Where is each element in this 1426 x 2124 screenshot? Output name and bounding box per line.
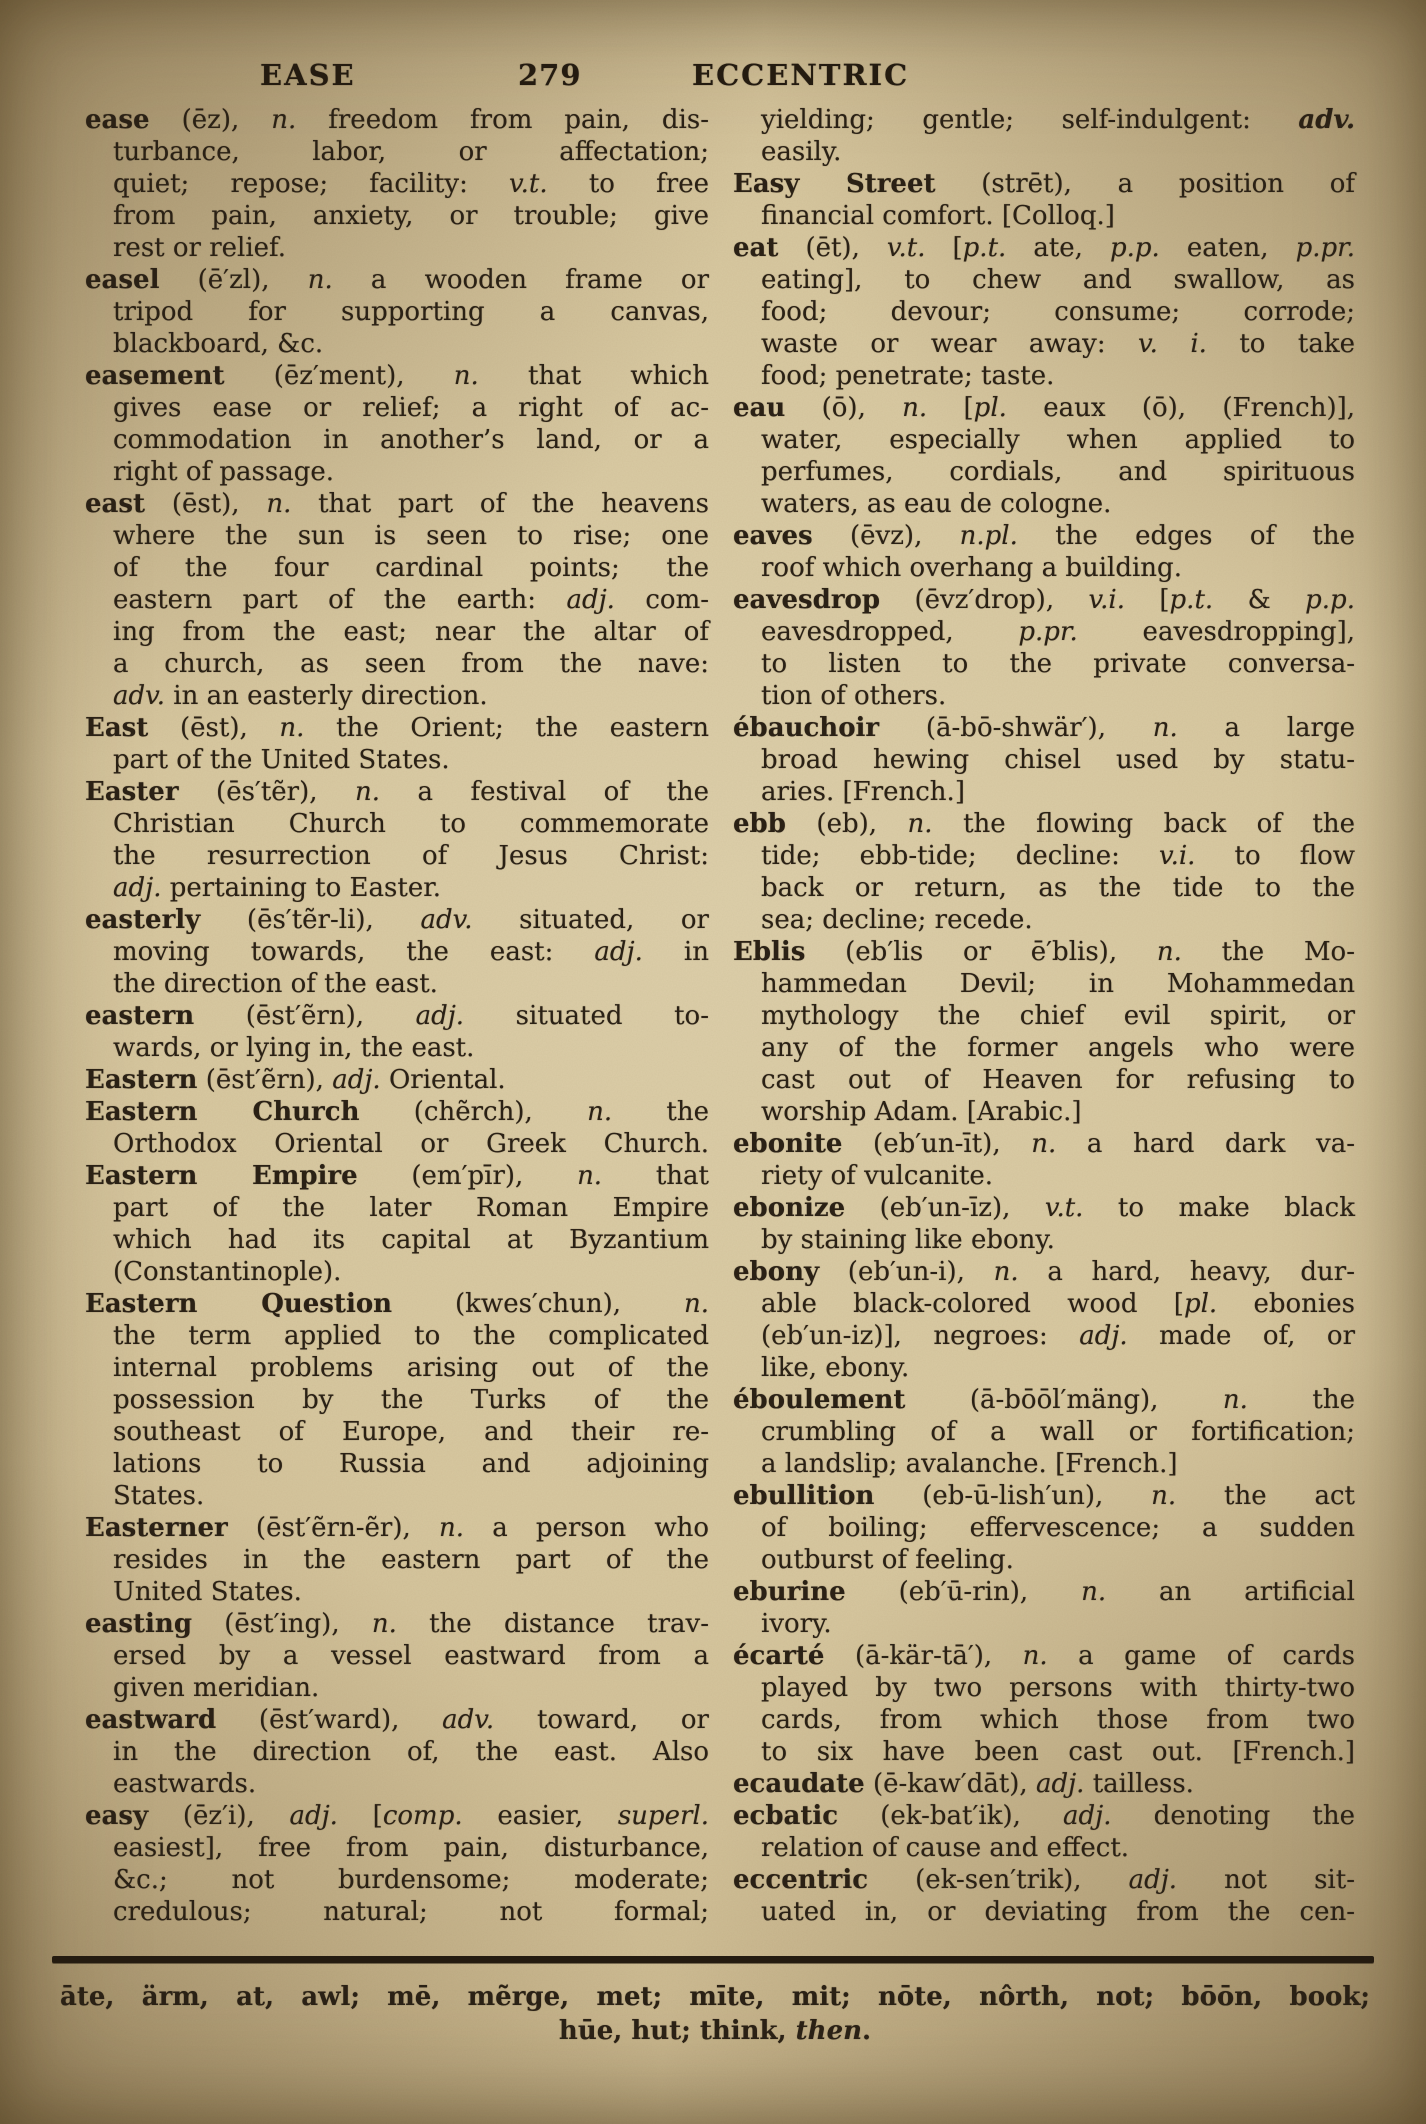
headword: ease — [85, 105, 150, 135]
entry-line: eat (ēt), v.t. [p.t. ate, p.p. eaten, p.… — [733, 232, 1355, 264]
entry-line: mythology the chief evil spirit, or — [733, 1000, 1355, 1032]
headword: Easterner — [85, 1513, 228, 1543]
entry-line: uated in, or deviating from the cen- — [733, 1896, 1355, 1928]
text-run: tailless. — [1084, 1769, 1194, 1799]
text-run: hūe, hut; think, — [559, 2016, 796, 2046]
text-run: in an easterly direction. — [165, 681, 488, 711]
text-run: waters, as eau de cologne. — [761, 489, 1111, 519]
entry-line: easement (ēz′ment), n. that which — [85, 360, 709, 392]
column-right: yielding; gentle; self-indulgent: adv.ea… — [733, 104, 1355, 1928]
text-run: (eb), — [786, 809, 908, 839]
entry-line: food; penetrate; taste. — [733, 360, 1355, 392]
text-run: to flow — [1195, 841, 1355, 871]
text-run: lations to Russia and adjoining — [113, 1449, 709, 1479]
text-run: rest or relief. — [113, 233, 286, 263]
text-run: adj. — [566, 585, 614, 615]
column-left: ease (ēz), n. freedom from pain, dis-tur… — [85, 104, 709, 1928]
headword: easel — [85, 265, 159, 295]
entry-line: food; devour; consume; corrode; — [733, 296, 1355, 328]
text-run: blackboard, &c. — [113, 329, 323, 359]
entry-line: turbance, labor, or affectation; — [85, 136, 709, 168]
text-run: made of, or — [1128, 1321, 1355, 1351]
headword: East — [85, 713, 148, 743]
text-run: (Constantinople). — [113, 1257, 341, 1287]
text-run: adv. — [420, 905, 472, 935]
entry-line: relation of cause and effect. — [733, 1832, 1355, 1864]
entry-line: crumbling of a wall or fortification; — [733, 1416, 1355, 1448]
entry-line: water, especially when applied to — [733, 424, 1355, 456]
entry-line: tripod for supporting a canvas, — [85, 296, 709, 328]
text-run: broad hewing chisel used by statu- — [761, 745, 1355, 775]
headword: easterly — [85, 905, 200, 935]
entry-line: Eastern Church (chẽrch), n. the — [85, 1096, 709, 1128]
text-run: n. — [1081, 1577, 1106, 1607]
text-run: n. — [1031, 1129, 1056, 1159]
text-run: (ēz′ment), — [225, 361, 454, 391]
text-run: tion of others. — [761, 681, 946, 711]
text-run: n. — [454, 361, 479, 391]
entry-line: eavesdrop (ēvz′drop), v.i. [p.t. & p.p. — [733, 584, 1355, 616]
text-run: (ēt), — [778, 233, 886, 263]
entry-line: ebonize (eb′un-īz), v.t. to make black — [733, 1192, 1355, 1224]
entry-line: moving towards, the east: adj. in — [85, 936, 709, 968]
text-run: (ēst′ing), — [192, 1609, 372, 1639]
text-run: (ē-kaw′dāt), — [865, 1769, 1036, 1799]
headword: Eastern Church — [85, 1097, 359, 1127]
text-run: adj. — [1063, 1801, 1111, 1831]
entry-line: possession by the Turks of the — [85, 1384, 709, 1416]
text-run: v.t. — [1045, 1193, 1084, 1223]
entry-line: (Constantinople). — [85, 1256, 709, 1288]
headword: écarté — [733, 1641, 824, 1671]
text-run: given meridian. — [113, 1673, 319, 1703]
entry-line: internal problems arising out of the — [85, 1352, 709, 1384]
entry-line: Easy Street (strēt), a position of — [733, 168, 1355, 200]
entry-line: cards, from which those from two — [733, 1704, 1355, 1736]
text-run: adj. — [1129, 1865, 1177, 1895]
text-run: the Orient; the eastern — [304, 713, 709, 743]
entry-line: ease (ēz), n. freedom from pain, dis- — [85, 104, 709, 136]
entry-line: resides in the eastern part of the — [85, 1544, 709, 1576]
headword: ebony — [733, 1257, 819, 1287]
text-run: (ēst′ẽrn), — [194, 1001, 415, 1031]
text-run: to take — [1207, 329, 1355, 359]
text-run: n. — [994, 1257, 1019, 1287]
text-run: n.pl. — [960, 521, 1018, 551]
entry-line: eau (ō), n. [pl. eaux (ō), (French)], — [733, 392, 1355, 424]
headword: ébauchoir — [733, 713, 879, 743]
entry-line: ecbatic (ek-bat′ik), adj. denoting the — [733, 1800, 1355, 1832]
entry-line: part of the United States. — [85, 744, 709, 776]
text-run: yielding; gentle; self-indulgent: — [761, 105, 1298, 135]
text-run: (chẽrch), — [359, 1097, 587, 1127]
text-run: (ā-bō-shwär′), — [879, 713, 1153, 743]
text-run: ate, — [1006, 233, 1110, 263]
text-run: (strēt), a position of — [936, 169, 1355, 199]
text-run: southeast of Europe, and their re- — [113, 1417, 709, 1447]
entry-line: ebonite (eb′un-īt), n. a hard dark va- — [733, 1128, 1355, 1160]
text-run: (ēs′tẽr-li), — [200, 905, 420, 935]
text-run: āte, ärm, at, awl; mē, mẽrge, met; mīte,… — [60, 1982, 1370, 2012]
text-run: of boiling; effervescence; a sudden — [761, 1513, 1355, 1543]
text-run: (ēz), — [150, 105, 272, 135]
text-run: n. — [308, 265, 333, 295]
entry-line: East (ēst), n. the Orient; the eastern — [85, 712, 709, 744]
text-run: (ēst), — [148, 713, 279, 743]
text-run: the direction of the east. — [113, 969, 438, 999]
text-run: United States. — [113, 1577, 302, 1607]
headword: Eastern Empire — [85, 1161, 358, 1191]
text-run: to free — [548, 169, 709, 199]
entry-line: ebullition (eb-ū-lish′un), n. the act — [733, 1480, 1355, 1512]
text-run: (ēst′ẽrn), — [197, 1065, 332, 1095]
header-page-number: 279 — [518, 58, 582, 92]
text-run: commodation in another’s land, or a — [113, 425, 709, 455]
text-run: mythology the chief evil spirit, or — [761, 1001, 1355, 1031]
entry-line: like, ebony. — [733, 1352, 1355, 1384]
text-run: uated in, or deviating from the cen- — [761, 1897, 1355, 1927]
entry-line: Christian Church to commemorate — [85, 808, 709, 840]
text-run: Orthodox Oriental or Greek Church. — [113, 1129, 709, 1159]
headword: easy — [85, 1801, 148, 1831]
text-run: adj. — [332, 1065, 380, 1095]
entry-line: easy (ēz′i), adj. [comp. easier, superl. — [85, 1800, 709, 1832]
entry-line: aries. [French.] — [733, 776, 1355, 808]
text-run: pertaining to Easter. — [161, 873, 441, 903]
text-run: wards, or lying in, the east. — [113, 1033, 474, 1063]
text-run: eaux (ō), (French)], — [1007, 393, 1355, 423]
entry-line: the term applied to the complicated — [85, 1320, 709, 1352]
entry-line: éboulement (ā-bōōl′mäng), n. the — [733, 1384, 1355, 1416]
text-run: (ā-bōōl′mäng), — [905, 1385, 1223, 1415]
text-run: to make black — [1083, 1193, 1355, 1223]
entry-line: tide; ebb-tide; decline: v.i. to flow — [733, 840, 1355, 872]
headword: Easy Street — [733, 169, 936, 199]
text-run: a wooden frame or — [333, 265, 709, 295]
text-run: relation of cause and effect. — [761, 1833, 1129, 1863]
text-run: by staining like ebony. — [761, 1225, 1055, 1255]
headword: east — [85, 489, 145, 519]
text-run: freedom from pain, dis- — [296, 105, 709, 135]
text-run: v.t. — [887, 233, 926, 263]
text-run: n. — [577, 1161, 602, 1191]
entry-line: waters, as eau de cologne. — [733, 488, 1355, 520]
entry-line: Eastern Empire (em′pīr), n. that — [85, 1160, 709, 1192]
text-run: (ō), — [785, 393, 902, 423]
text-run: not sit- — [1177, 1865, 1355, 1895]
entry-line: from pain, anxiety, or trouble; give — [85, 200, 709, 232]
text-run: the flowing back of the — [933, 809, 1355, 839]
text-run: (ē′zl), — [159, 265, 307, 295]
entry-line: quiet; repose; facility: v.t. to free — [85, 168, 709, 200]
entry-line: where the sun is seen to rise; one — [85, 520, 709, 552]
entry-line: played by two persons with thirty-two — [733, 1672, 1355, 1704]
entry-line: adv. in an easterly direction. — [85, 680, 709, 712]
text-run: (eb′un-īz), — [845, 1193, 1045, 1223]
text-run: p.t. — [963, 233, 1007, 263]
text-run: Oriental. — [381, 1065, 506, 1095]
entry-line: able black-colored wood [pl. ebonies — [733, 1288, 1355, 1320]
text-run: the — [1248, 1385, 1355, 1415]
text-run: gives ease or relief; a right of ac- — [113, 393, 709, 423]
text-run: n. — [1157, 937, 1182, 967]
text-run: p.p. — [1110, 233, 1160, 263]
headword: easting — [85, 1609, 192, 1639]
text-run: (ēst′ward), — [216, 1705, 442, 1735]
text-run: adv. — [442, 1705, 494, 1735]
entry-line: lations to Russia and adjoining — [85, 1448, 709, 1480]
text-run: roof which overhang a building. — [761, 553, 1182, 583]
text-run: the — [612, 1097, 709, 1127]
entry-line: Eastern (ēst′ẽrn), adj. Oriental. — [85, 1064, 709, 1096]
text-run: turbance, labor, or affectation; — [113, 137, 709, 167]
text-run: easier, — [463, 1801, 618, 1831]
entry-line: ebb (eb), n. the flowing back of the — [733, 808, 1355, 840]
headword: ebullition — [733, 1481, 874, 1511]
text-run: riety of vulcanite. — [761, 1161, 993, 1191]
text-run: p.pr. — [1018, 617, 1077, 647]
text-run: denoting the — [1112, 1801, 1355, 1831]
entry-line: wards, or lying in, the east. — [85, 1032, 709, 1064]
headword: easement — [85, 361, 225, 391]
text-run: comp. — [383, 1801, 463, 1831]
entry-line: to six have been cast out. [French.] — [733, 1736, 1355, 1768]
entry-line: given meridian. — [85, 1672, 709, 1704]
text-run: n. — [355, 777, 380, 807]
text-run: adj. — [289, 1801, 337, 1831]
text-run: food; penetrate; taste. — [761, 361, 1054, 391]
text-run: worship Adam. [Arabic.] — [761, 1097, 1082, 1127]
entry-line: eburine (eb′ū-rin), n. an artificial — [733, 1576, 1355, 1608]
text-run: the edges of the — [1018, 521, 1355, 551]
text-run: n. — [266, 489, 291, 519]
text-run: n. — [1023, 1641, 1048, 1671]
entry-line: right of passage. — [85, 456, 709, 488]
headword: eavesdrop — [733, 585, 880, 615]
entry-line: rest or relief. — [85, 232, 709, 264]
entry-line: eating], to chew and swallow, as — [733, 264, 1355, 296]
text-run: p.p. — [1305, 585, 1355, 615]
text-run: adj. — [416, 1001, 464, 1031]
entry-line: of the four cardinal points; the — [85, 552, 709, 584]
headword: ebb — [733, 809, 786, 839]
text-run: cards, from which those from two — [761, 1705, 1355, 1735]
text-run: adj. — [1036, 1769, 1084, 1799]
text-run: n. — [908, 809, 933, 839]
text-run: financial comfort. [Colloq.] — [761, 201, 1115, 231]
text-run: eastwards. — [113, 1769, 256, 1799]
text-run: (ēs′tẽr), — [179, 777, 355, 807]
entry-line: easiest], free from pain, disturbance, — [85, 1832, 709, 1864]
entry-line: outburst of feeling. — [733, 1544, 1355, 1576]
entry-line: part of the later Roman Empire — [85, 1192, 709, 1224]
entry-line: ébauchoir (ā-bō-shwär′), n. a large — [733, 712, 1355, 744]
entry-line: a church, as seen from the nave: — [85, 648, 709, 680]
headword: Easter — [85, 777, 179, 807]
text-run: superl. — [618, 1801, 709, 1831]
entry-line: Orthodox Oriental or Greek Church. — [85, 1128, 709, 1160]
text-run: [ — [925, 233, 962, 263]
headword: ebonite — [733, 1129, 842, 1159]
entry-line: gives ease or relief; a right of ac- — [85, 392, 709, 424]
text-run: com- — [615, 585, 709, 615]
headword: eburine — [733, 1577, 846, 1607]
text-run: internal problems arising out of the — [113, 1353, 709, 1383]
text-run: n. — [684, 1289, 709, 1319]
dictionary-page-scan: { "page": { "header": { "left_word": "EA… — [0, 0, 1426, 2124]
entry-line: southeast of Europe, and their re- — [85, 1416, 709, 1448]
text-run: (eb′ū-rin), — [846, 1577, 1081, 1607]
text-run: a large — [1178, 713, 1355, 743]
footer-rule — [52, 1956, 1374, 1963]
text-run: eastern part of the earth: — [113, 585, 566, 615]
text-run: outburst of feeling. — [761, 1545, 1014, 1575]
text-run: n. — [279, 713, 304, 743]
text-run: & — [1213, 585, 1305, 615]
text-run: played by two persons with thirty-two — [761, 1673, 1355, 1703]
text-run: a hard dark va- — [1056, 1129, 1355, 1159]
text-run: n. — [1151, 1481, 1176, 1511]
text-run: aries. [French.] — [761, 777, 965, 807]
text-run: ebonies — [1217, 1289, 1355, 1319]
text-run: adj. — [594, 937, 642, 967]
headword: Eastern — [85, 1065, 197, 1095]
entry-line: credulous; natural; not formal; — [85, 1896, 709, 1928]
text-run: to listen to the private conversa- — [761, 649, 1355, 679]
text-run: the distance trav- — [397, 1609, 709, 1639]
headword: Eblis — [733, 937, 805, 967]
entry-line: easting (ēst′ing), n. the distance trav- — [85, 1608, 709, 1640]
text-run: a game of cards — [1048, 1641, 1355, 1671]
text-run: which had its capital at Byzantium — [113, 1225, 709, 1255]
text-run: adj. — [1079, 1321, 1127, 1351]
entry-line: easterly (ēs′tẽr-li), adv. situated, or — [85, 904, 709, 936]
headword: ecaudate — [733, 1769, 865, 1799]
text-run: of the four cardinal points; the — [113, 553, 709, 583]
text-run: possession by the Turks of the — [113, 1385, 709, 1415]
text-run: toward, or — [494, 1705, 709, 1735]
entry-line: easily. — [733, 136, 1355, 168]
text-run: a landslip; avalanche. [French.] — [761, 1449, 1178, 1479]
text-run: able black-colored wood [ — [761, 1289, 1184, 1319]
entry-line: to listen to the private conversa- — [733, 648, 1355, 680]
entry-line: by staining like ebony. — [733, 1224, 1355, 1256]
entry-line: eastward (ēst′ward), adv. toward, or — [85, 1704, 709, 1736]
text-run: in — [643, 937, 709, 967]
text-run: v.t. — [509, 169, 548, 199]
text-run: Christian Church to commemorate — [113, 809, 709, 839]
text-run: (ēst′ẽrn-ẽr), — [228, 1513, 439, 1543]
text-run: n. — [439, 1513, 464, 1543]
entry-line: broad hewing chisel used by statu- — [733, 744, 1355, 776]
entry-line: east (ēst), n. that part of the heavens — [85, 488, 709, 520]
text-run: n. — [1223, 1385, 1248, 1415]
text-run: a hard, heavy, dur- — [1019, 1257, 1355, 1287]
entry-line: easel (ē′zl), n. a wooden frame or — [85, 264, 709, 296]
text-run: (ek-sen′trik), — [868, 1865, 1129, 1895]
headword: eccentric — [733, 1865, 868, 1895]
text-run: then — [796, 2016, 862, 2046]
footer-line-2: hūe, hut; think, then. — [60, 2014, 1370, 2048]
entry-line: financial comfort. [Colloq.] — [733, 200, 1355, 232]
text-run: to six have been cast out. [French.] — [761, 1737, 1355, 1767]
text-run: n. — [1153, 713, 1178, 743]
entry-line: of boiling; effervescence; a sudden — [733, 1512, 1355, 1544]
text-run: (ā-kär-tā′), — [824, 1641, 1022, 1671]
text-run: credulous; natural; not formal; — [113, 1897, 709, 1927]
text-run: the term applied to the complicated — [113, 1321, 709, 1351]
header-guide-word-left: EASE — [260, 58, 356, 92]
text-run: adv. — [113, 681, 165, 711]
entry-line: eastern part of the earth: adj. com- — [85, 584, 709, 616]
text-run: ing from the east; near the altar of — [113, 617, 709, 647]
entry-line: eastern (ēst′ẽrn), adj. situated to- — [85, 1000, 709, 1032]
text-run: [ — [927, 393, 973, 423]
text-run: . — [862, 2016, 871, 2046]
text-run: (eb-ū-lish′un), — [874, 1481, 1151, 1511]
text-run: adj. — [113, 873, 161, 903]
entry-line: the resurrection of Jesus Christ: — [85, 840, 709, 872]
text-run: ersed by a vessel eastward from a — [113, 1641, 709, 1671]
text-run: where the sun is seen to rise; one — [113, 521, 709, 551]
text-run: in the direction of, the east. Also — [113, 1737, 709, 1767]
entry-line: hammedan Devil; in Mohammedan — [733, 968, 1355, 1000]
text-run: eaten, — [1160, 233, 1296, 263]
text-run: pl. — [1184, 1289, 1217, 1319]
text-run: an artificial — [1106, 1577, 1355, 1607]
text-run: waste or wear away: — [761, 329, 1138, 359]
pronunciation-key: āte, ärm, at, awl; mē, mẽrge, met; mīte,… — [60, 1980, 1370, 2048]
text-run: that which — [479, 361, 709, 391]
text-run: (eb′lis or ē′blis), — [805, 937, 1156, 967]
text-run: [ — [1125, 585, 1170, 615]
headword: eau — [733, 393, 785, 423]
entry-line: roof which overhang a building. — [733, 552, 1355, 584]
entry-line: back or return, as the tide to the — [733, 872, 1355, 904]
entry-line: Eblis (eb′lis or ē′blis), n. the Mo- — [733, 936, 1355, 968]
entry-line: which had its capital at Byzantium — [85, 1224, 709, 1256]
headword: eastern — [85, 1001, 194, 1031]
text-run: adv. — [1298, 105, 1355, 135]
text-run: the act — [1176, 1481, 1355, 1511]
text-run: pl. — [974, 393, 1007, 423]
entry-line: ecaudate (ē-kaw′dāt), adj. tailless. — [733, 1768, 1355, 1800]
text-run: n. — [902, 393, 927, 423]
entry-line: perfumes, cordials, and spirituous — [733, 456, 1355, 488]
entry-line: adj. pertaining to Easter. — [85, 872, 709, 904]
entry-line: Eastern Question (kwes′chun), n. — [85, 1288, 709, 1320]
text-run: cast out of Heaven for refusing to — [761, 1065, 1355, 1095]
headword: ebonize — [733, 1193, 845, 1223]
headword: eastward — [85, 1705, 216, 1735]
text-run: water, especially when applied to — [761, 425, 1355, 455]
text-run: (ēvz), — [813, 521, 960, 551]
text-run: sea; decline; recede. — [761, 905, 1033, 935]
text-run: (ek-bat′ik), — [838, 1801, 1063, 1831]
text-run: eating], to chew and swallow, as — [761, 265, 1355, 295]
text-run: the resurrection of Jesus Christ: — [113, 841, 709, 871]
entry-line: the direction of the east. — [85, 968, 709, 1000]
text-run: food; devour; consume; corrode; — [761, 297, 1355, 327]
text-run: from pain, anxiety, or trouble; give — [113, 201, 709, 231]
text-run: like, ebony. — [761, 1353, 909, 1383]
text-run: tripod for supporting a canvas, — [113, 297, 709, 327]
entry-line: Easterner (ēst′ẽrn-ẽr), n. a person who — [85, 1512, 709, 1544]
text-run: ivory. — [761, 1609, 832, 1639]
entry-line: in the direction of, the east. Also — [85, 1736, 709, 1768]
entry-line: eastwards. — [85, 1768, 709, 1800]
entry-line: commodation in another’s land, or a — [85, 424, 709, 456]
